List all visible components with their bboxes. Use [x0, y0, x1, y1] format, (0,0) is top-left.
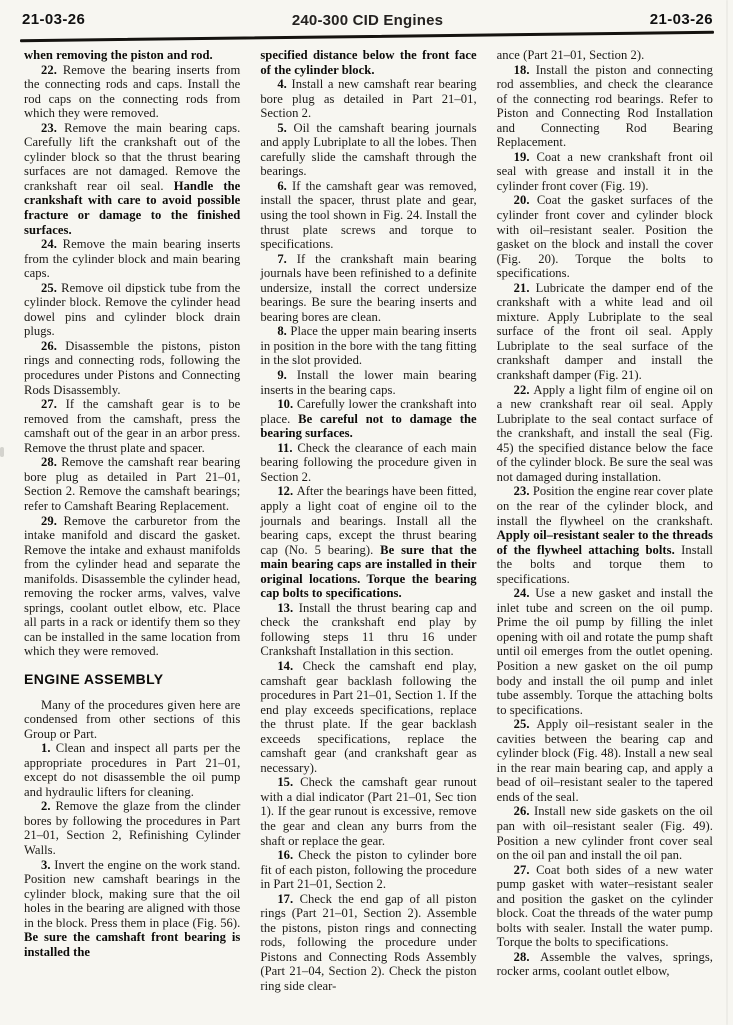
bold-text-run: 20.: [514, 193, 537, 207]
page-title: 240-300 CID Engines: [292, 12, 443, 29]
text-run: ance (Part 21–01, Section 2).: [497, 48, 645, 62]
bold-text-run: 6.: [277, 179, 292, 193]
text-run: Apply a light film of engine oil on a ne…: [497, 383, 713, 484]
page-number-left: 21-03-26: [22, 11, 85, 28]
bold-text-run: 3.: [41, 858, 54, 872]
text-run: Check the camshaft end play, camshaft ge…: [260, 659, 476, 775]
bold-text-run: 25.: [514, 717, 537, 731]
bold-text-run: 17.: [277, 892, 299, 906]
text-run: Check the end gap of all piston rings (P…: [260, 892, 476, 993]
bold-text-run: 1.: [41, 741, 56, 755]
text-run: Oil the camshaft bearing journals and ap…: [260, 121, 476, 179]
paragraph: specified distance below the front face …: [260, 48, 476, 77]
text-run: Many of the procedures given here are co…: [24, 698, 240, 741]
paragraph: 24. Use a new gasket and install the inl…: [497, 586, 713, 717]
bold-text-run: 9.: [277, 368, 297, 382]
bold-text-run: 4.: [277, 77, 291, 91]
bold-text-run: 28.: [514, 950, 540, 964]
bold-text-run: 5.: [277, 121, 293, 135]
bold-text-run: when removing the piston and rod.: [24, 48, 213, 62]
page-number-right: 21-03-26: [650, 11, 713, 28]
paragraph: ance (Part 21–01, Section 2).: [497, 48, 713, 63]
paragraph: 1. Clean and inspect all parts per the a…: [24, 741, 240, 799]
bold-text-run: 26.: [514, 804, 534, 818]
paragraph: 21. Lubricate the damper end of the cran…: [497, 281, 713, 383]
paragraph: 10. Carefully lower the crankshaft into …: [260, 397, 476, 441]
bold-text-run: 24.: [514, 586, 536, 600]
page-header: 21-03-26 240-300 CID Engines 21-03-26: [0, 0, 733, 28]
text-run: Lubricate the damper end of the cranksha…: [497, 281, 713, 382]
paragraph: 28. Assemble the valves, springs, rocker…: [497, 950, 713, 979]
text-run: Install a new camshaft rear bearing bore…: [260, 77, 476, 120]
manual-page: 21-03-26 240-300 CID Engines 21-03-26 wh…: [0, 0, 733, 1025]
bold-text-run: 7.: [277, 252, 296, 266]
scan-artifact: [0, 447, 4, 457]
bold-text-run: 16.: [277, 848, 298, 862]
bold-text-run: 2.: [41, 799, 55, 813]
text-run: Use a new gasket and install the inlet t…: [497, 586, 713, 716]
paragraph: 23. Remove the main bearing caps. Carefu…: [24, 121, 240, 237]
text-columns: when removing the piston and rod.22. Rem…: [0, 38, 733, 994]
bold-text-run: 27.: [514, 863, 536, 877]
paragraph: when removing the piston and rod.: [24, 48, 240, 63]
bold-text-run: 25.: [41, 281, 61, 295]
bold-text-run: 14.: [277, 659, 302, 673]
paragraph: 25. Remove oil dipstick tube from the cy…: [24, 281, 240, 339]
column-3: ance (Part 21–01, Section 2).18. Install…: [497, 48, 713, 994]
paragraph: 4. Install a new camshaft rear bearing b…: [260, 77, 476, 121]
paragraph: 17. Check the end gap of all piston ring…: [260, 892, 476, 994]
bold-text-run: 26.: [41, 339, 65, 353]
bold-text-run: 8.: [277, 324, 290, 338]
bold-text-run: 11.: [277, 441, 297, 455]
bold-text-run: 10.: [277, 397, 297, 411]
paragraph: 2. Remove the glaze from the clinder bor…: [24, 799, 240, 857]
text-run: Invert the engine on the work stand. Pos…: [24, 858, 240, 930]
text-run: If the camshaft gear was removed, instal…: [260, 179, 476, 251]
bold-text-run: 27.: [41, 397, 66, 411]
bold-text-run: 22.: [41, 63, 63, 77]
paragraph: 13. Install the thrust bearing cap and c…: [260, 601, 476, 659]
bold-text-run: 15.: [277, 775, 300, 789]
paragraph: 22. Apply a light film of engine oil on …: [497, 383, 713, 485]
paragraph: 9. Install the lower main bearing insert…: [260, 368, 476, 397]
paragraph: 20. Coat the gasket surfaces of the cyli…: [497, 193, 713, 280]
paragraph: Many of the procedures given here are co…: [24, 698, 240, 742]
bold-text-run: 13.: [277, 601, 298, 615]
section-heading: ENGINE ASSEMBLY: [24, 672, 240, 687]
bold-text-run: 24.: [41, 237, 63, 251]
bold-text-run: Be sure the camshaft front bearing is in…: [24, 930, 240, 959]
paragraph: 5. Oil the camshaft bearing journals and…: [260, 121, 476, 179]
column-1: when removing the piston and rod.22. Rem…: [24, 48, 240, 994]
bold-text-run: 29.: [41, 514, 64, 528]
text-run: Clean and inspect all parts per the appr…: [24, 741, 240, 799]
bold-text-run: 28.: [41, 455, 61, 469]
scan-artifact: [726, 0, 728, 1025]
paragraph: 27. If the camshaft gear is to be remove…: [24, 397, 240, 455]
paragraph: 8. Place the upper main bearing inserts …: [260, 324, 476, 368]
bold-text-run: 19.: [514, 150, 537, 164]
paragraph: 14. Check the camshaft end play, camshaf…: [260, 659, 476, 775]
bold-text-run: ENGINE ASSEMBLY: [24, 671, 164, 687]
paragraph: 27. Coat both sides of a new water pump …: [497, 863, 713, 950]
paragraph: 6. If the camshaft gear was removed, ins…: [260, 179, 476, 252]
bold-text-run: 21.: [514, 281, 536, 295]
paragraph: 11. Check the clearance of each main bea…: [260, 441, 476, 485]
text-run: Remove the glaze from the clinder bores …: [24, 799, 240, 857]
bold-text-run: 22.: [514, 383, 534, 397]
paragraph: 23. Position the engine rear cover plate…: [497, 484, 713, 586]
paragraph: 18. Install the piston and connecting ro…: [497, 63, 713, 150]
paragraph: 7. If the crankshaft main bearing journa…: [260, 252, 476, 325]
text-run: Place the upper main bearing inserts in …: [260, 324, 476, 367]
column-2: specified distance below the front face …: [260, 48, 476, 994]
bold-text-run: 23.: [41, 121, 64, 135]
paragraph: 25. Apply oil–resistant sealer in the ca…: [497, 717, 713, 804]
bold-text-run: specified distance below the front face …: [260, 48, 476, 77]
paragraph: 29. Remove the carburetor from the intak…: [24, 514, 240, 659]
paragraph: 16. Check the piston to cylinder bore fi…: [260, 848, 476, 892]
bold-text-run: 18.: [514, 63, 536, 77]
bold-text-run: 23.: [514, 484, 533, 498]
paragraph: 24. Remove the main bearing inserts from…: [24, 237, 240, 281]
paragraph: 26. Install new side gaskets on the oil …: [497, 804, 713, 862]
paragraph: 15. Check the camshaft gear runout with …: [260, 775, 476, 848]
paragraph: 28. Remove the camshaft rear bearing bor…: [24, 455, 240, 513]
text-run: Remove the carburetor from the intake ma…: [24, 514, 240, 659]
bold-text-run: 12.: [277, 484, 296, 498]
paragraph: 12. After the bearings have been fitted,…: [260, 484, 476, 600]
paragraph: 26. Disassemble the pistons, piston ring…: [24, 339, 240, 397]
paragraph: 3. Invert the engine on the work stand. …: [24, 858, 240, 960]
paragraph: 22. Remove the bearing inserts from the …: [24, 63, 240, 121]
paragraph: 19. Coat a new crankshaft front oil seal…: [497, 150, 713, 194]
